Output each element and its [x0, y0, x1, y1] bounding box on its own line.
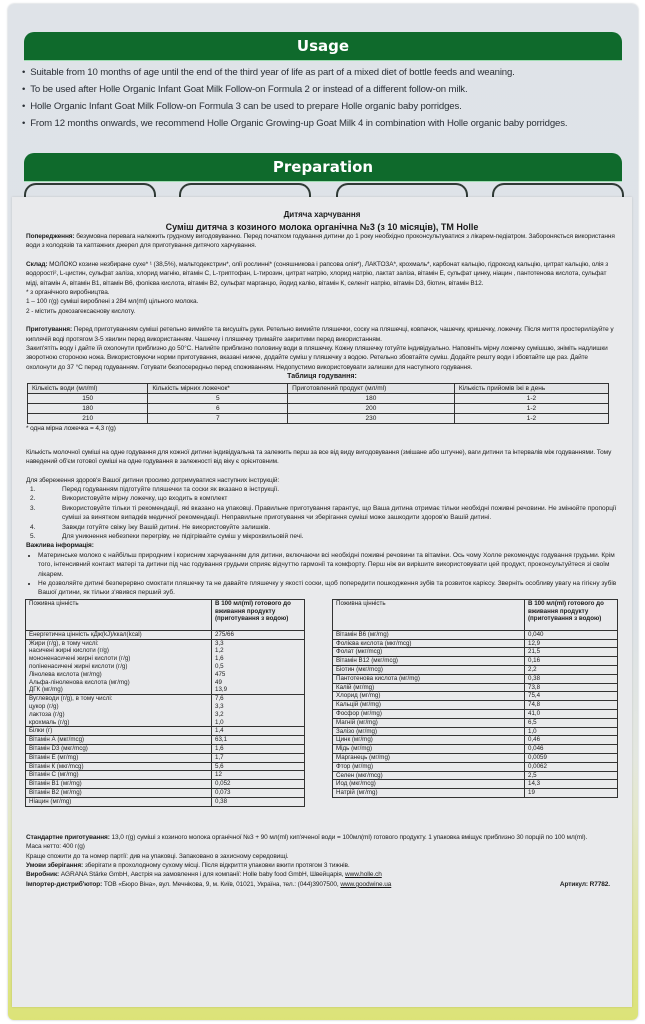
holle-website-link[interactable]: www.holle.ch [345, 871, 382, 878]
table-header-row: Поживна цінністьВ 100 мл(ml) готового до… [333, 599, 618, 630]
cell: 150 [28, 394, 148, 404]
important-item: Материнське молоко є найбільш природним … [38, 551, 618, 579]
best-before: Краще спожити до та номер партії: див на… [26, 852, 618, 861]
table-row: Вітамін В12 (мкг/mcg)0,16 [333, 657, 618, 666]
table-row: Фтор (мг/mg)0,0062 [333, 762, 618, 771]
cell: 0,0062 [525, 762, 618, 771]
cell: Кальцій (мг/mg) [333, 701, 525, 710]
cell: 21,5 [525, 648, 618, 657]
item-number: 2. [26, 494, 62, 503]
item-text: Завжди готуйте свіжу їжу Вашій дитині. Н… [62, 523, 270, 532]
cell: 180 [288, 394, 455, 404]
item-number: 4. [26, 523, 62, 532]
usage-item: Suitable from 10 months of age until the… [22, 64, 632, 81]
standard-label: Стандартне приготування: [26, 834, 110, 841]
cell: 5 [148, 394, 288, 404]
cell: Жири (г/g), в тому числі:насичені жирні … [26, 639, 212, 695]
cell: 210 [28, 414, 148, 424]
feeding-table-title: Таблиця годування: [12, 372, 632, 382]
nutrition-table-right: Поживна цінністьВ 100 мл(ml) готового до… [332, 599, 618, 798]
table-row: Селен (мкг/mcg)2,5 [333, 771, 618, 780]
cell: Енергетична цінність кДж(kJ)/ккал(kcal) [26, 630, 212, 639]
amount-text: Кількість молочної суміші на одне годува… [12, 448, 632, 467]
item-number: 1. [26, 485, 62, 494]
standard-body: 13,0 г(g) суміші з козиного молока орган… [110, 834, 587, 841]
table-row: 180 6 200 1-2 [28, 404, 609, 414]
table-header-row: Поживна цінністьВ 100 мл(ml) готового до… [26, 599, 305, 630]
cell: 1,4 [212, 727, 305, 736]
warning-label: Попередження: [26, 233, 75, 240]
table-row: Магній (мг/mg)6,5 [333, 718, 618, 727]
cell: Йод (мкг/mcg) [333, 780, 525, 789]
cell: 0,0059 [525, 753, 618, 762]
cell: 0,052 [212, 780, 305, 789]
manufacturer: Виробник: AGRANA Stärke GmbH, Австрія на… [26, 870, 618, 879]
cell: 6 [148, 404, 288, 414]
cell: Ніацин (мг/mg) [26, 797, 212, 806]
cell: 74,8 [525, 701, 618, 710]
cell: 1-2 [454, 414, 608, 424]
warning-body: безумовна перевага належить грудному виг… [26, 233, 615, 249]
cell: 19 [525, 789, 618, 798]
cell: 1,7 [212, 753, 305, 762]
cell: Фолат (мкг/mcg) [333, 648, 525, 657]
instructions-intro: Для збереження здоров'я Вашої дитини про… [12, 476, 632, 485]
table-row: Залізо (мг/mg)1,0 [333, 727, 618, 736]
feeding-header: Кількість мірних ложечок* [148, 384, 288, 394]
cell: Поживна цінність [333, 599, 525, 630]
item-text: Використовуйте тільки ті рекомендації, я… [62, 504, 618, 523]
preparation-text: Приготування: Перед приготуванням суміші… [12, 325, 632, 372]
table-row: Калій (мг/mg)73,8 [333, 683, 618, 692]
cell: 0,073 [212, 788, 305, 797]
cell: 180 [28, 404, 148, 414]
preparation-label: Приготування: [26, 326, 72, 333]
table-row: Вітамін Е (мг/mg)1,7 [26, 753, 305, 762]
instruction-item: 5.Для уникнення небезпеки перегріву, не … [26, 532, 618, 541]
table-row: Пантотенова кислота (мг/mg)0,38 [333, 674, 618, 683]
cell: 2,2 [525, 665, 618, 674]
instruction-item: 4.Завжди готуйте свіжу їжу Вашій дитині.… [26, 523, 618, 532]
cell: 1-2 [454, 394, 608, 404]
cell: 5,6 [212, 762, 305, 771]
cell: 0,16 [525, 657, 618, 666]
usage-item: From 12 months onwards, we recommend Hol… [22, 115, 632, 132]
table-row: Вітамін С (мг/mg)12 [26, 771, 305, 780]
usage-item: Holle Organic Infant Goat Milk Follow-on… [22, 98, 632, 115]
table-row: Цинк (мг/mg)0,46 [333, 736, 618, 745]
cell: Марганець (мг/mg) [333, 753, 525, 762]
nutrition-table-left: Поживна цінністьВ 100 мл(ml) готового до… [25, 599, 305, 807]
cell: Фосфор (мг/mg) [333, 709, 525, 718]
item-text: Використовуйте мірну ложечку, що входить… [62, 494, 227, 503]
table-row: Вуглеводи (г/g), в тому числі:цукор (г/g… [26, 695, 305, 727]
feeding-header: Приготовлений продукт (мл/ml) [288, 384, 455, 394]
importer-label: Імпортер-дистриб'ютор: [26, 881, 102, 888]
importer: Імпортер-дистриб'ютор: ТОВ «Бюро Віна», … [26, 880, 618, 889]
usage-heading: Usage [24, 32, 622, 60]
cell: 0,040 [525, 630, 618, 639]
table-row: Білки (г)1,4 [26, 727, 305, 736]
sticker-subtitle: Суміш дитяча з козиного молока органічна… [12, 222, 632, 232]
important-label: Важлива інформація: [12, 541, 632, 550]
table-row: Фосфор (мг/mg)41,0 [333, 709, 618, 718]
table-row: Жири (г/g), в тому числі:насичені жирні … [26, 639, 305, 695]
cell: 41,0 [525, 709, 618, 718]
cell: Селен (мкг/mcg) [333, 771, 525, 780]
cell: 0,046 [525, 745, 618, 754]
composition-body: МОЛОКО козине незбиране сухе* ¹ (38,5%),… [26, 261, 608, 287]
cell: Білки (г) [26, 727, 212, 736]
cell: 73,8 [525, 683, 618, 692]
preparation-body-2: Закип'ятіть воду і дайте їй охолонути пр… [26, 344, 618, 372]
cell: Вітамін С (мг/mg) [26, 771, 212, 780]
table-row: Марганець (мг/mg)0,0059 [333, 753, 618, 762]
cell: Вітамін В1 (мг/mg) [26, 780, 212, 789]
cell: Фтор (мг/mg) [333, 762, 525, 771]
table-row: Вітамін В1 (мг/mg)0,052 [26, 780, 305, 789]
cell: 1,6 [212, 744, 305, 753]
instruction-item: 1.Перед годуванням підготуйте пляшечки т… [26, 485, 618, 494]
ukrainian-label-sticker: Дитяча харчування Суміш дитяча з козиног… [12, 197, 632, 1007]
preparation-body: Перед приготуванням суміші ретельно вими… [26, 326, 614, 342]
cell: Поживна цінність [26, 599, 212, 630]
cell: 7,63,33,21,0 [212, 695, 305, 727]
table-row: Фолат (мкг/mcg)21,5 [333, 648, 618, 657]
important-item: Не дозволяйте дитині безперервно смоктат… [38, 579, 618, 598]
item-number: 5. [26, 532, 62, 541]
manufacturer-label: Виробник: [26, 871, 59, 878]
table-row: Ніацин (мг/mg)0,38 [26, 797, 305, 806]
cell: Вітамін В12 (мкг/mcg) [333, 657, 525, 666]
cell: 1-2 [454, 404, 608, 414]
cell: Вітамін Е (мг/mg) [26, 753, 212, 762]
net-weight: Маса нетто: 400 г(g) [26, 842, 618, 851]
composition-text: Склад: МОЛОКО козине незбиране сухе* ¹ (… [12, 260, 632, 316]
item-text: Для уникнення небезпеки перегріву, не пі… [62, 532, 303, 541]
footnote: 2 - містить докозагексаєнову кислоту. [26, 307, 618, 316]
storage-conditions: Умови зберігання: зберігати в прохолодно… [26, 861, 618, 870]
cell: Вуглеводи (г/g), в тому числі:цукор (г/g… [26, 695, 212, 727]
cell: Пантотенова кислота (мг/mg) [333, 674, 525, 683]
cell: 230 [288, 414, 455, 424]
article-number: Артикул: R7782. [560, 880, 610, 889]
item-text: Перед годуванням підготуйте пляшечки та … [62, 485, 279, 494]
cell: Хлорид (мг/mg) [333, 692, 525, 701]
table-row: 210 7 230 1-2 [28, 414, 609, 424]
standard-preparation: Стандартне приготування: 13,0 г(g) суміш… [26, 833, 618, 842]
table-row: Вітамін D3 (мкг/mcg)1,6 [26, 744, 305, 753]
feeding-table: Кількість води (мл/ml) Кількість мірних … [27, 383, 609, 424]
cell: Натрій (мг/mg) [333, 789, 525, 798]
instruction-item: 3.Використовуйте тільки ті рекомендації,… [26, 504, 618, 523]
sticker-title: Дитяча харчування [12, 210, 632, 219]
table-row: Кальцій (мг/mg)74,8 [333, 701, 618, 710]
cell: 1,0 [525, 727, 618, 736]
cell: 2,5 [525, 771, 618, 780]
cell: Вітамін А (мкг/mcg) [26, 736, 212, 745]
warning-text: Попередження: безумовна перевага належит… [12, 232, 632, 251]
cell: 63,1 [212, 736, 305, 745]
cell: 12,9 [525, 639, 618, 648]
item-number: 3. [26, 504, 62, 523]
cell: Мідь (мг/mg) [333, 745, 525, 754]
cell: 7 [148, 414, 288, 424]
instructions-list: 1.Перед годуванням підготуйте пляшечки т… [12, 485, 632, 541]
cell: Вітамін В6 (мг/mg) [333, 630, 525, 639]
cell: Вітамін D3 (мкг/mcg) [26, 744, 212, 753]
table-row: Фолієва кислота (мкг/mcg)12,9 [333, 639, 618, 648]
table-row: Натрій (мг/mg)19 [333, 789, 618, 798]
table-row: Хлорид (мг/mg)75,4 [333, 692, 618, 701]
cell: 12 [212, 771, 305, 780]
cell: 6,5 [525, 718, 618, 727]
table-row: Вітамін А (мкг/mcg)63,1 [26, 736, 305, 745]
composition-label: Склад: [26, 261, 47, 268]
footer-info: Стандартне приготування: 13,0 г(g) суміш… [12, 833, 632, 889]
manufacturer-body: AGRANA Stärke GmbH, Австрія на замовленн… [59, 871, 345, 878]
scoop-note: * одна мірна ложечка = 4,3 г(g) [12, 424, 632, 433]
usage-list: Suitable from 10 months of age until the… [22, 64, 632, 132]
table-row: Мідь (мг/mg)0,046 [333, 745, 618, 754]
important-list: Материнське молоко є найбільш природним … [12, 551, 632, 598]
feeding-header: Кількість прийомів їжі в день [454, 384, 608, 394]
cell: Магній (мг/mg) [333, 718, 525, 727]
table-row: Енергетична цінність кДж(kJ)/ккал(kcal)2… [26, 630, 305, 639]
feeding-header: Кількість води (мл/ml) [28, 384, 148, 394]
cell: 275/66 [212, 630, 305, 639]
usage-item: To be used after Holle Organic Infant Go… [22, 81, 632, 98]
nutrition-tables: Поживна цінністьВ 100 мл(ml) готового до… [12, 599, 632, 831]
preparation-heading: Preparation [24, 153, 622, 181]
importer-website-link[interactable]: www.goodwine.ua [340, 881, 391, 888]
cell: 14,3 [525, 780, 618, 789]
table-row: Йод (мкг/mcg)14,3 [333, 780, 618, 789]
cell: Вітамін В2 (мг/mg) [26, 788, 212, 797]
table-row: Біотин (мкг/mcg)2,2 [333, 665, 618, 674]
table-row: 150 5 180 1-2 [28, 394, 609, 404]
cell: Цинк (мг/mg) [333, 736, 525, 745]
cell: 75,4 [525, 692, 618, 701]
importer-body: ТОВ «Бюро Віна», вул. Мечнікова, 9, м. К… [102, 881, 340, 888]
cell: 0,38 [525, 674, 618, 683]
storage-body: зберігати в прохолодному сухому місці. П… [83, 862, 349, 869]
cell: 200 [288, 404, 455, 414]
table-row: Вітамін В2 (мг/mg)0,073 [26, 788, 305, 797]
cell: Біотин (мкг/mcg) [333, 665, 525, 674]
footnote: * з органічного виробництва. [26, 288, 618, 297]
cell: В 100 мл(ml) готового до вживання продук… [525, 599, 618, 630]
cell: Калій (мг/mg) [333, 683, 525, 692]
storage-label: Умови зберігання: [26, 862, 83, 869]
cell: 0,38 [212, 797, 305, 806]
cell: 3,31,21,60,54754913,9 [212, 639, 305, 695]
cell: Залізо (мг/mg) [333, 727, 525, 736]
table-row: Вітамін В6 (мг/mg)0,040 [333, 630, 618, 639]
cell: Вітамін К (мкг/mcg) [26, 762, 212, 771]
cell: В 100 мл(ml) готового до вживання продук… [212, 599, 305, 630]
footnote: 1 – 100 г(g) суміші вироблені з 284 мл(m… [26, 297, 618, 306]
table-row: Вітамін К (мкг/mcg)5,6 [26, 762, 305, 771]
cell: Фолієва кислота (мкг/mcg) [333, 639, 525, 648]
instruction-item: 2.Використовуйте мірну ложечку, що входи… [26, 494, 618, 503]
cell: 0,46 [525, 736, 618, 745]
